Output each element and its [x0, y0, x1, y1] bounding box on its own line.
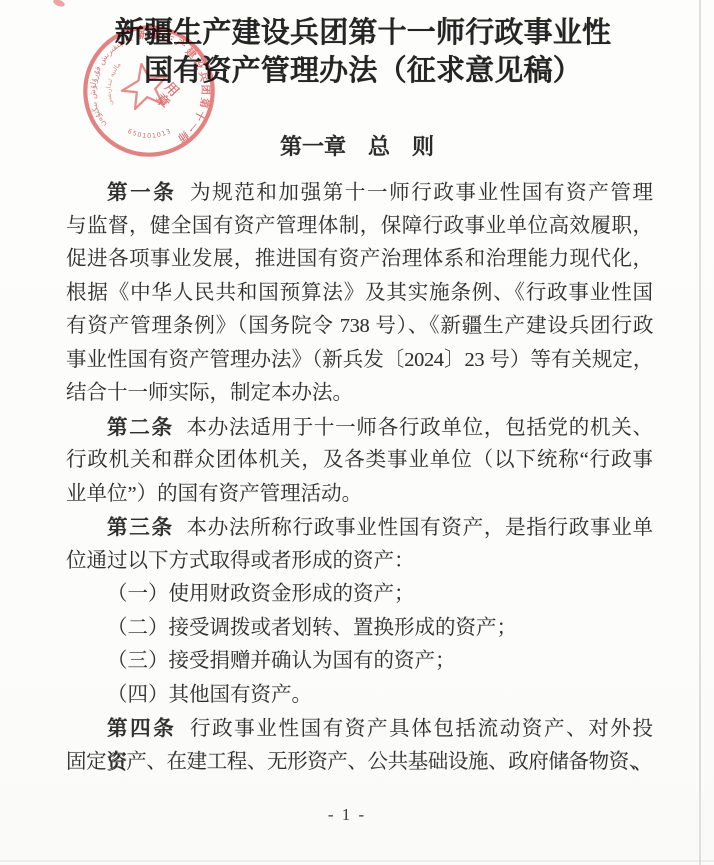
- article-1-line: 结合十一师实际，制定本办法。: [66, 377, 653, 411]
- article-1-line: 第一条为规范和加强第十一师行政事业性国有资产管理: [66, 176, 653, 210]
- article-4-line: 第四条行政事业性国有资产具体包括流动资产、对外投资、: [66, 712, 653, 746]
- scan-edge-bottom: [0, 860, 714, 862]
- article-3-line: 位通过以下方式取得或者形成的资产：: [66, 545, 653, 579]
- list-item-2: （二）接受调拨或者划转、置换形成的资产；: [66, 612, 653, 646]
- article-1-line: 有资产管理条例》（国务院令 738 号）、《新疆生产建设兵团行政: [66, 310, 653, 344]
- article-1-lead: 第一条: [107, 181, 176, 204]
- page-number: - 1 -: [0, 803, 694, 827]
- article-3-lead: 第三条: [107, 516, 174, 539]
- article-2-line: 行政机关和群众团体机关，及各类事业单位（以下统称“行政事: [66, 444, 653, 478]
- list-item-4: （四）其他国有资产。: [66, 679, 653, 713]
- article-2-lead: 第二条: [107, 416, 174, 439]
- official-red-seal: شىنجاڭ ئىشلەپچىقىرىش قۇرۇلۇش بىڭتۇەن مال…: [79, 21, 219, 161]
- seal-inner-text: 用 章: [151, 79, 184, 112]
- article-1-line: 根据《中华人民共和国预算法》及其实施条例、《行政事业性国: [66, 277, 653, 311]
- document-body: 第一条为规范和加强第十一师行政事业性国有资产管理 与监督，健全国有资产管理体制，…: [66, 176, 653, 779]
- list-item-3: （三）接受捐赠并确认为国有的资产；: [66, 645, 653, 679]
- scan-ink-speck: [52, 0, 65, 8]
- article-4-lead: 第四条: [107, 717, 176, 740]
- article-3-line: 第三条本办法所称行政事业性国有资产，是指行政事业单: [66, 511, 653, 545]
- list-item-1: （一）使用财政资金形成的资产；: [66, 578, 653, 612]
- article-2-line: 第二条本办法适用于十一师各行政单位，包括党的机关、: [66, 411, 653, 445]
- article-4-line: 固定资产、在建工程、无形资产、公共基础设施、政府储备物资、: [66, 746, 653, 780]
- article-1-line: 促进各项事业发展，推进国有资产治理体系和治理能力现代化，: [66, 243, 653, 277]
- scan-edge-right: [699, 0, 701, 865]
- article-2-line: 业单位”）的国有资产管理活动。: [66, 478, 653, 512]
- article-1-line: 事业性国有资产管理办法》（新兵发〔2024〕23 号）等有关规定，: [66, 344, 653, 378]
- article-1-line: 与监督，健全国有资产管理体制，保障行政事业单位高效履职，: [66, 210, 653, 244]
- seal-uyghur-script-inner: مالىيە ئىدارىسى: [104, 60, 122, 106]
- scanned-document-page: 新疆生产建设兵团第十一师行政事业性 国有资产管理办法（征求意见稿） 第一章 总 …: [0, 0, 714, 865]
